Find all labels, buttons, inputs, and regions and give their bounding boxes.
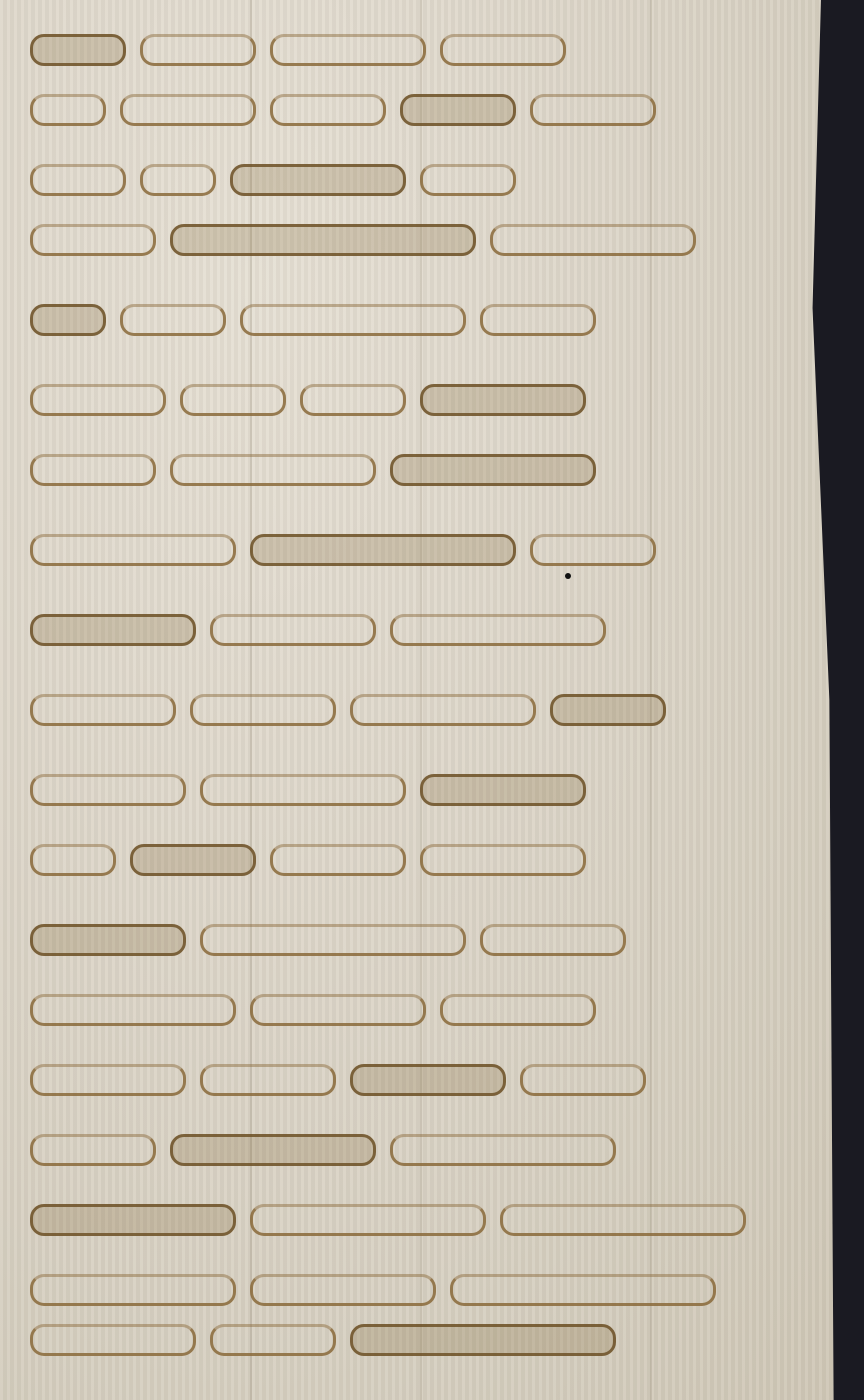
- handwritten-word: [130, 844, 256, 876]
- handwritten-line: [30, 376, 802, 424]
- handwritten-word: [30, 994, 236, 1026]
- handwritten-line: [30, 1126, 802, 1174]
- handwritten-word: [30, 534, 236, 566]
- handwritten-line: [30, 836, 802, 884]
- handwritten-line: [30, 1266, 802, 1314]
- handwritten-line: [30, 86, 802, 134]
- handwritten-word: [30, 774, 186, 806]
- handwritten-line: [30, 216, 802, 264]
- handwritten-line: [30, 606, 802, 654]
- handwritten-word: [200, 924, 466, 956]
- handwritten-word: [440, 994, 596, 1026]
- handwritten-word: [300, 384, 406, 416]
- handwritten-word: [30, 844, 116, 876]
- handwritten-word: [210, 1324, 336, 1356]
- handwritten-word: [30, 1064, 186, 1096]
- handwritten-line: [30, 296, 802, 344]
- handwritten-word: [200, 1064, 336, 1096]
- handwritten-word: [210, 614, 376, 646]
- handwritten-word: [120, 304, 226, 336]
- handwritten-line: [30, 686, 802, 734]
- handwritten-word: [270, 34, 426, 66]
- handwritten-line: [30, 26, 802, 74]
- handwritten-line: [30, 986, 802, 1034]
- handwritten-word: [440, 34, 566, 66]
- handwritten-word: [240, 304, 466, 336]
- handwritten-line: [30, 446, 802, 494]
- handwritten-word: [250, 534, 516, 566]
- handwritten-line: [30, 766, 802, 814]
- handwritten-word: [170, 224, 476, 256]
- handwritten-word: [390, 454, 596, 486]
- handwritten-word: [390, 1134, 616, 1166]
- handwritten-word: [170, 454, 376, 486]
- handwritten-word: [250, 1274, 436, 1306]
- handwritten-word: [350, 694, 536, 726]
- handwritten-word: [30, 454, 156, 486]
- handwritten-word: [30, 94, 106, 126]
- handwritten-word: [490, 224, 696, 256]
- handwritten-word: [350, 1324, 616, 1356]
- handwritten-word: [30, 1204, 236, 1236]
- handwritten-line: [30, 156, 802, 204]
- handwritten-word: [30, 304, 106, 336]
- handwritten-word: [120, 94, 256, 126]
- manuscript-page: [0, 0, 842, 1400]
- handwritten-word: [30, 614, 196, 646]
- handwritten-word: [270, 94, 386, 126]
- handwritten-word: [30, 164, 126, 196]
- handwritten-line: [30, 526, 802, 574]
- handwritten-word: [270, 844, 406, 876]
- handwritten-word: [170, 1134, 376, 1166]
- handwritten-word: [480, 924, 626, 956]
- handwritten-word: [140, 34, 256, 66]
- handwritten-line: [30, 916, 802, 964]
- handwritten-word: [30, 924, 186, 956]
- handwritten-word: [30, 694, 176, 726]
- handwritten-word: [30, 34, 126, 66]
- handwritten-word: [420, 384, 586, 416]
- handwritten-word: [250, 1204, 486, 1236]
- handwritten-word: [450, 1274, 716, 1306]
- handwritten-line: [30, 1316, 802, 1364]
- handwritten-word: [390, 614, 606, 646]
- handwritten-word: [250, 994, 426, 1026]
- handwritten-word: [190, 694, 336, 726]
- handwritten-word: [30, 224, 156, 256]
- handwritten-word: [200, 774, 406, 806]
- handwritten-line: [30, 1196, 802, 1244]
- ink-dot: [565, 573, 571, 579]
- handwritten-line: [30, 1056, 802, 1104]
- handwritten-word: [180, 384, 286, 416]
- handwritten-word: [520, 1064, 646, 1096]
- handwritten-word: [550, 694, 666, 726]
- handwritten-word: [400, 94, 516, 126]
- handwritten-word: [30, 1324, 196, 1356]
- handwritten-word: [230, 164, 406, 196]
- handwritten-word: [480, 304, 596, 336]
- handwritten-word: [530, 94, 656, 126]
- handwritten-word: [500, 1204, 746, 1236]
- handwritten-word: [350, 1064, 506, 1096]
- handwritten-word: [420, 844, 586, 876]
- handwritten-word: [30, 1274, 236, 1306]
- handwritten-word: [30, 384, 166, 416]
- handwritten-word: [530, 534, 656, 566]
- handwritten-word: [140, 164, 216, 196]
- handwritten-word: [420, 164, 516, 196]
- handwritten-word: [420, 774, 586, 806]
- handwritten-word: [30, 1134, 156, 1166]
